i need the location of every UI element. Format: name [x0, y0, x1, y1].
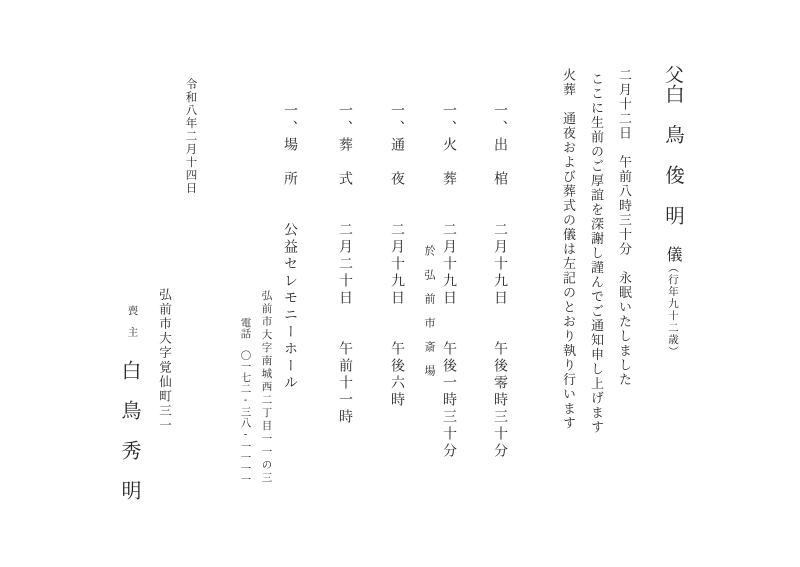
- venue-phone: 電話 〇一七二‐三八‐一一一一: [240, 317, 251, 485]
- honorific-label: 儀: [664, 246, 683, 262]
- funeral-notice-document: 父白鳥俊明儀（行年九十二歳） 二月十二日 午前八時三十分 永眠いたしました ここ…: [0, 0, 800, 567]
- deceased-surname: 白鳥: [662, 84, 685, 165]
- deceased-given-name: 俊明: [662, 165, 685, 246]
- mourner-surname: 白鳥: [118, 360, 142, 440]
- mourner-address: 弘前市大字覚仙町三一: [158, 288, 171, 433]
- mourner-given-name: 秀明: [118, 440, 142, 520]
- crematory-note: 於弘前市斎場: [424, 245, 435, 389]
- issue-date: 令和八年二月十四日: [185, 78, 197, 195]
- death-datetime-line: 二月十二日 午前八時三十分 永眠いたしました: [617, 68, 630, 387]
- schedule-item-basho: 一、場 所 公益セレモニーホール: [283, 103, 297, 392]
- mourner-role-label: 喪主: [127, 305, 138, 348]
- schedule-item-tsuya: 一、通 夜 二月十九日 午後六時: [390, 103, 404, 409]
- schedule-item-kaso: 一、火 葬 二月十九日 午後一時三十分: [442, 103, 456, 460]
- schedule-item-soshiki: 一、葬 式 二月二十日 午前十一時: [338, 103, 352, 426]
- relation-label: 父: [662, 65, 684, 84]
- age-at-death-label: （行年九十二歳）: [667, 262, 679, 358]
- mourner-name: 白鳥秀明: [120, 360, 140, 520]
- venue-address: 弘前市大字南城西二丁目一一の三: [261, 290, 272, 485]
- ceremony-intro-line: 火葬 通夜および葬式の儀は左記のとおり執り行います: [561, 68, 574, 431]
- deceased-title-column: 父白鳥俊明儀（行年九十二歳）: [663, 65, 683, 358]
- schedule-item-shukkan: 一、出 棺 二月十九日 午後零時三十分: [493, 103, 507, 460]
- gratitude-line: ここに生前のご厚誼を深謝し謹んでご通知申し上げます: [589, 72, 602, 435]
